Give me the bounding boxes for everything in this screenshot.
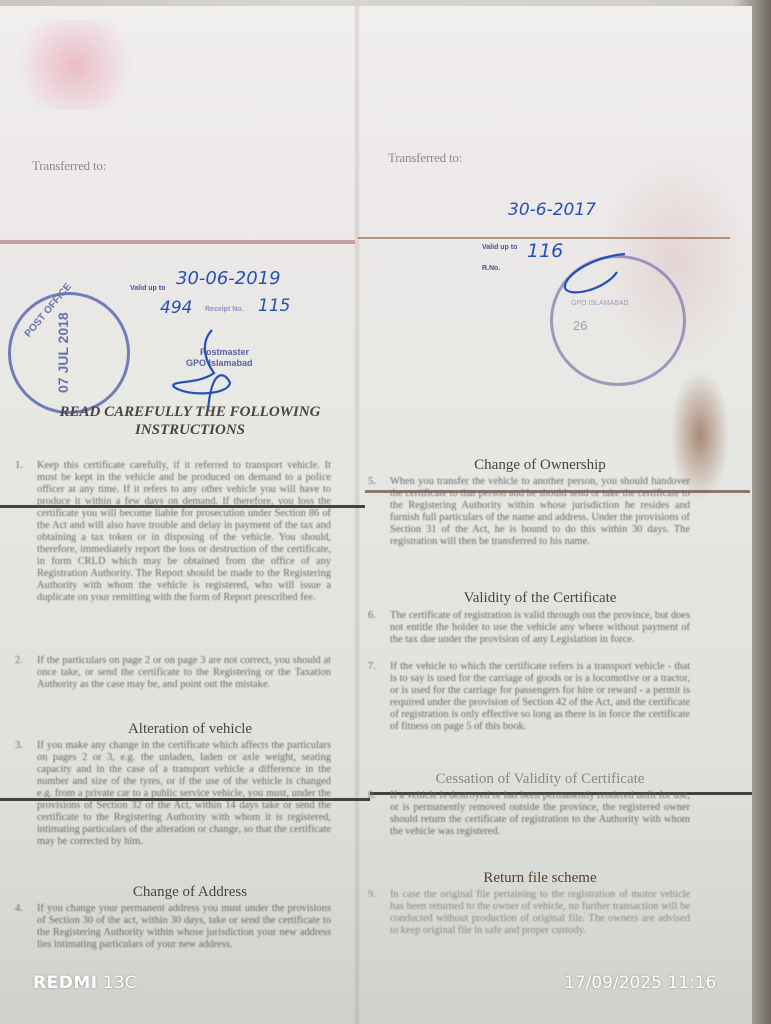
cessation-heading: Cessation of Validity of Certificate	[380, 771, 700, 788]
valid-up-to-value: 30-06-2019	[176, 268, 281, 289]
valid-up-to-label-right: Valid up to	[482, 244, 517, 251]
right-signature	[555, 250, 635, 300]
transferred-to-label-right: Transferred to:	[388, 150, 462, 166]
fold-crease	[0, 240, 355, 244]
return-file-heading: Return file scheme	[380, 870, 700, 887]
instructions-heading: READ CAREFULLY THE FOLLOWING INSTRUCTION…	[30, 403, 350, 439]
photo-timestamp: 17/09/2025 11:16	[564, 973, 716, 993]
receipt-value: 115	[258, 296, 290, 316]
instruction-item-3: 3. If you make any change in the certifi…	[37, 740, 331, 848]
postmaster-signature	[168, 325, 248, 415]
instruction-item-7: 7. If the vehicle to which the certifica…	[390, 661, 690, 733]
instructions-heading-line1: READ CAREFULLY THE FOLLOWING	[30, 403, 350, 421]
device-watermark: REDMI 13C	[33, 973, 136, 993]
instruction-item-6: 6. The certificate of registration is va…	[390, 610, 690, 646]
instruction-item-5: 5. When you transfer the vehicle to anot…	[390, 476, 690, 548]
receipt-prefix: 494	[160, 298, 192, 318]
instruction-item-1: 1. Keep this certificate carefully, if i…	[37, 460, 331, 604]
instruction-item-8: 8. If a vehicle is destroyed or has been…	[390, 790, 690, 838]
fold-crease	[358, 237, 730, 239]
ownership-heading: Change of Ownership	[380, 457, 700, 474]
receipt-label: Receipt No.	[205, 306, 244, 313]
device-brand: REDMI	[33, 973, 98, 993]
center-fold	[354, 6, 360, 1024]
post-office-stamp: POST OFFICE 07 JUL 2018	[8, 292, 130, 414]
handwritten-date: 30-6-2017	[508, 200, 596, 220]
instruction-item-4: 4. If you change your permanent address …	[37, 903, 331, 951]
transferred-to-label: Transferred to:	[32, 158, 106, 174]
stamp-office-text: GPO ISLAMABAD	[571, 300, 629, 307]
instruction-item-2: 2. If the particulars on page 2 or on pa…	[37, 655, 331, 691]
receipt-label-right: R.No.	[482, 265, 500, 272]
ink-stain	[5, 20, 145, 110]
instructions-heading-line2: INSTRUCTIONS	[30, 421, 350, 439]
device-model: 13C	[103, 973, 137, 993]
alteration-heading: Alteration of vehicle	[30, 721, 350, 738]
stamp-date: 07 JUL 2018	[55, 312, 71, 393]
address-heading: Change of Address	[30, 884, 350, 901]
valid-up-to-label: Valid up to	[130, 285, 165, 292]
validity-heading: Validity of the Certificate	[380, 590, 700, 607]
instruction-item-9: 9. In case the original file pertaining …	[390, 889, 690, 937]
stamp-day: 26	[573, 318, 587, 333]
